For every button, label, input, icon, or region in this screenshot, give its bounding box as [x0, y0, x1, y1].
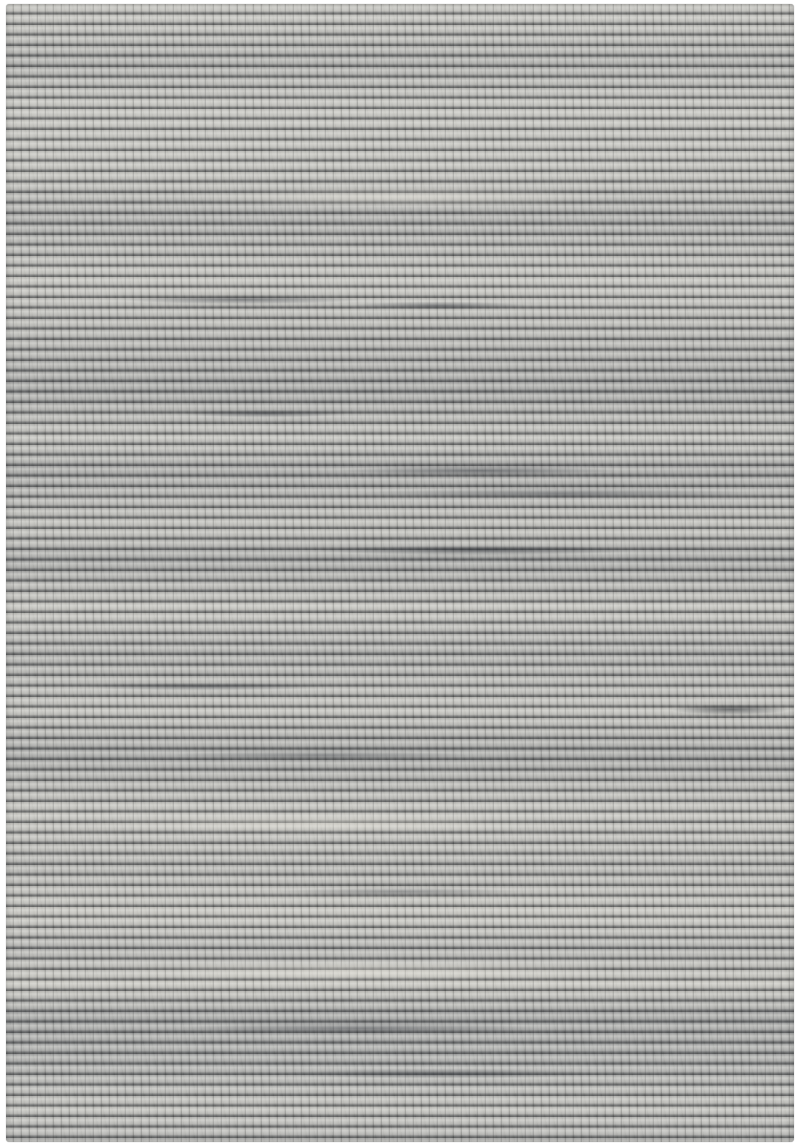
rug — [6, 4, 794, 1142]
product-photo — [0, 0, 800, 1147]
rug-edge — [6, 4, 794, 1142]
